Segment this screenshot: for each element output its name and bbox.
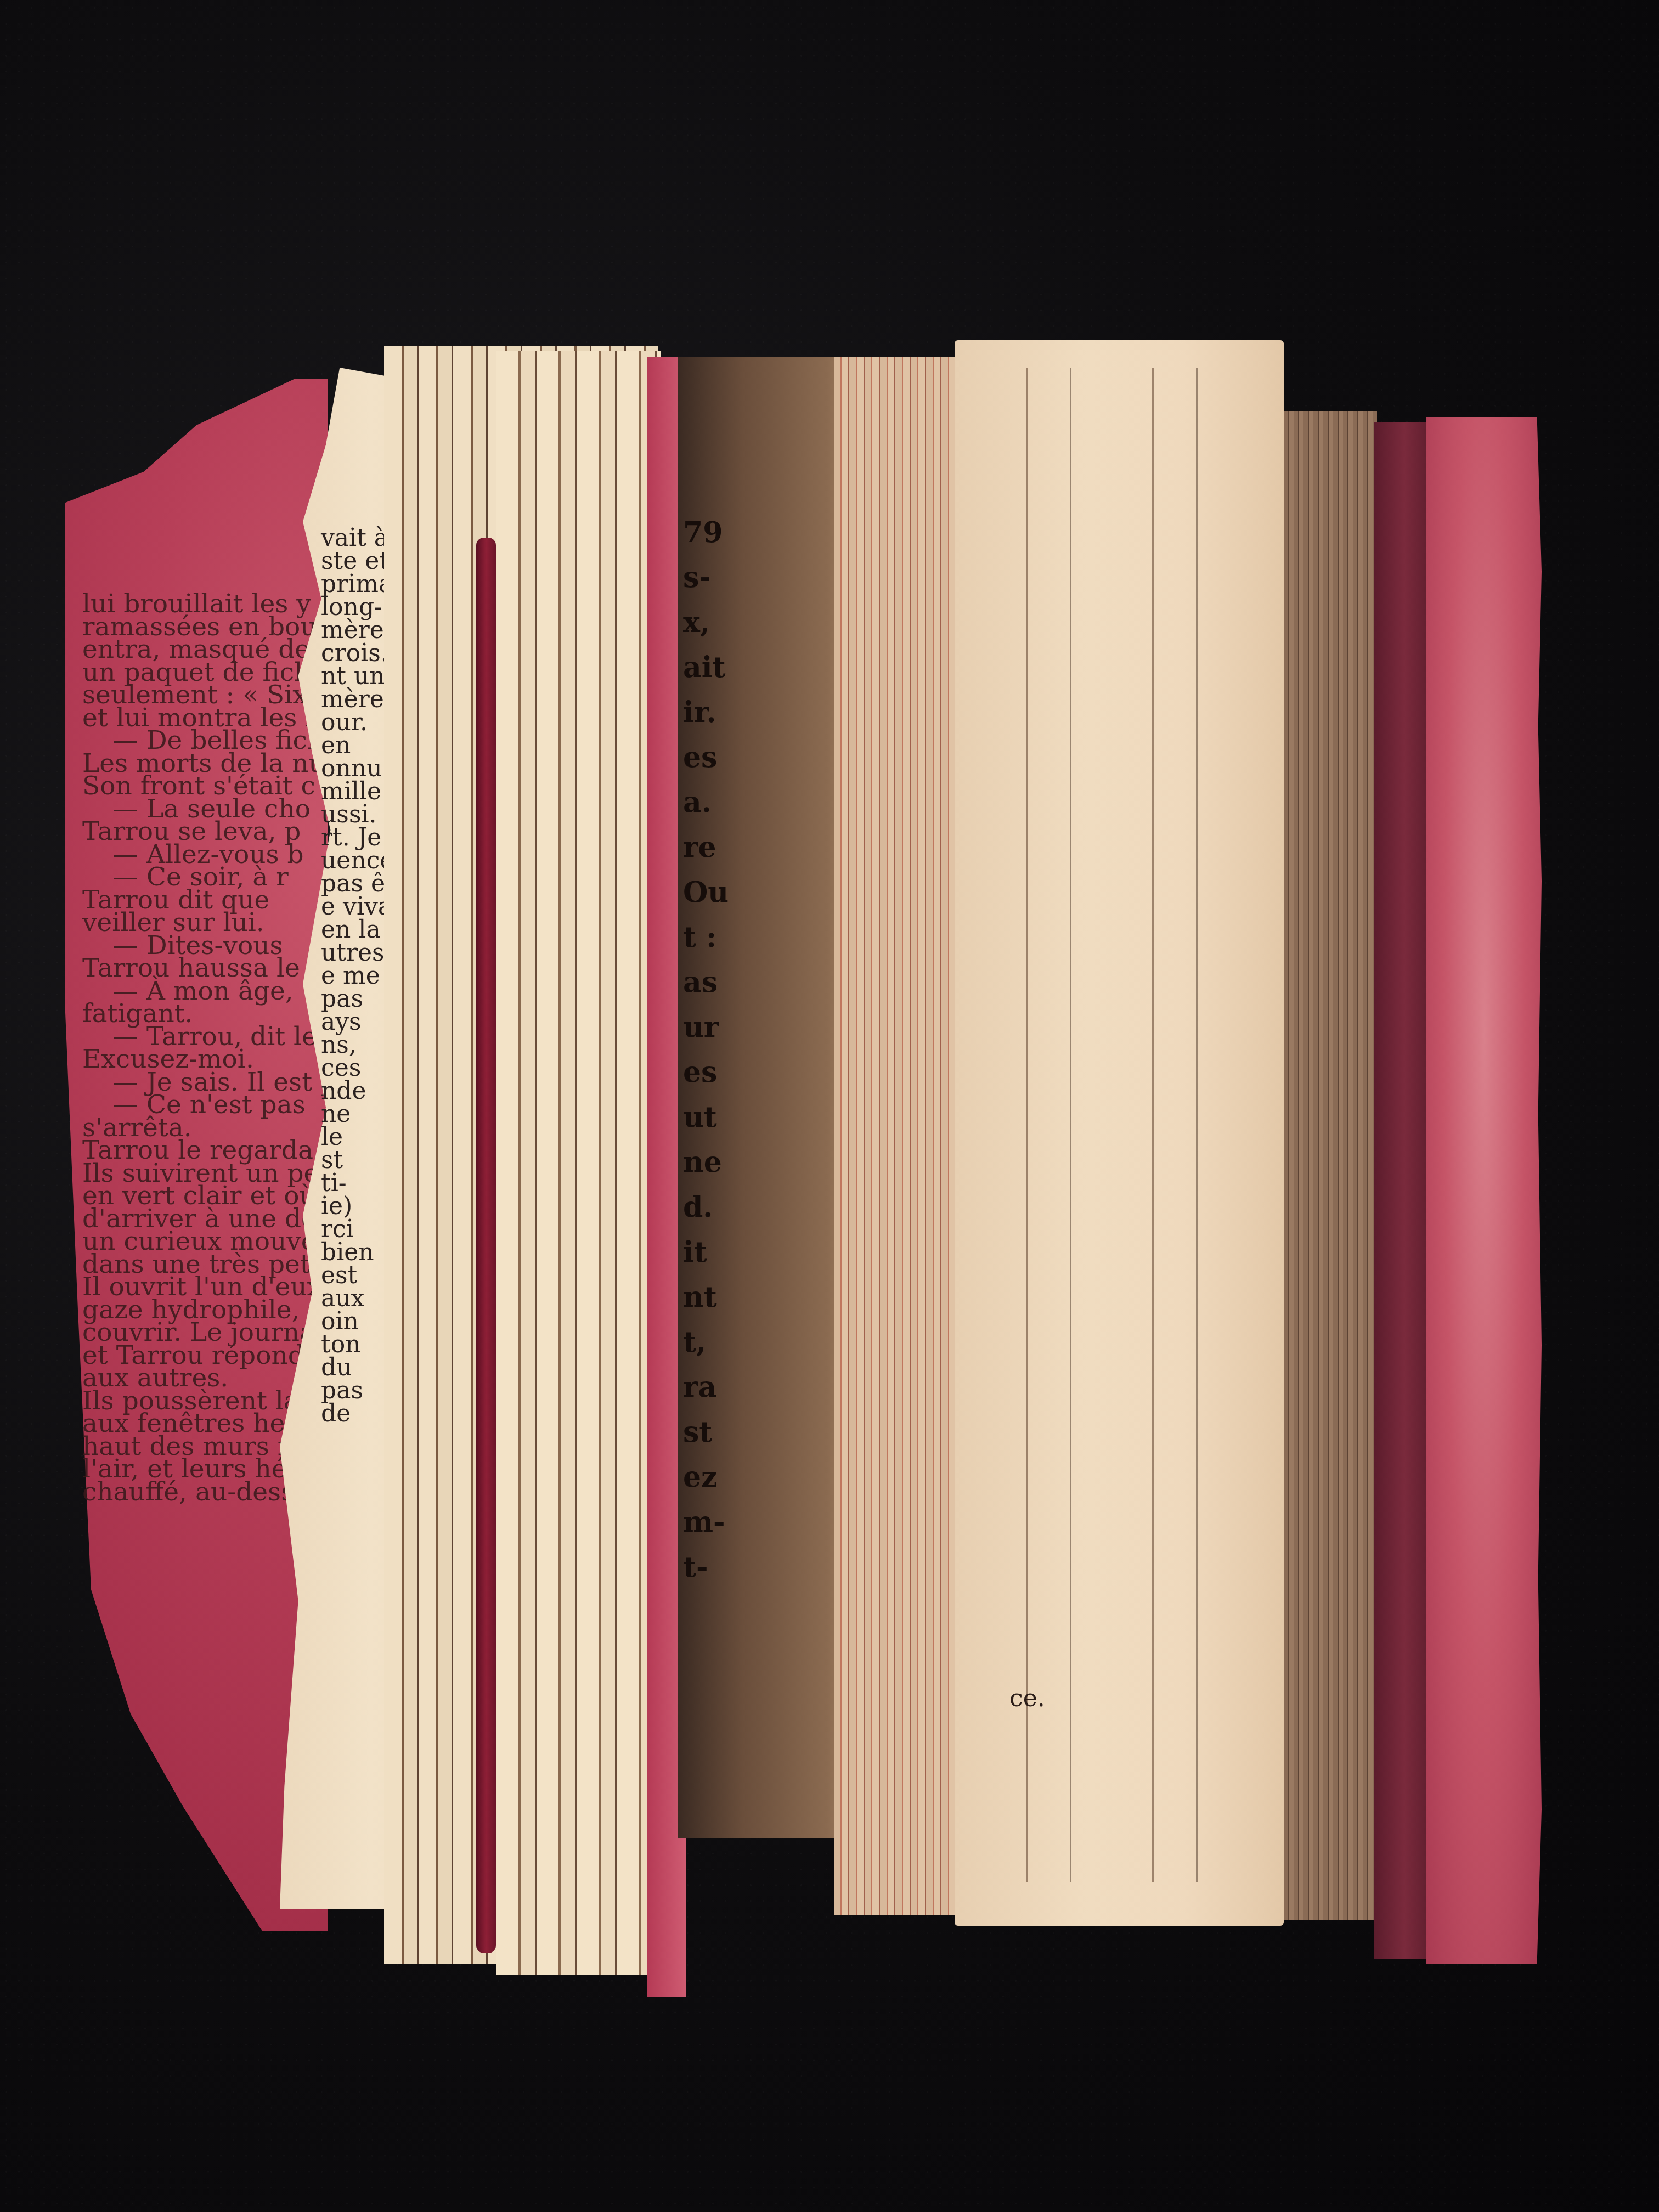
margin-fragment: d. xyxy=(683,1185,729,1230)
margin-fragment: as xyxy=(683,960,729,1005)
margin-fragment: 79 xyxy=(683,510,729,555)
margin-fragment: m- xyxy=(683,1500,729,1545)
red-inner-seam xyxy=(476,538,496,1953)
margin-fragment: nt xyxy=(683,1275,729,1320)
back-red-cover xyxy=(1426,417,1542,1964)
margin-fragment: ut xyxy=(683,1095,729,1140)
right-page-end-text: ce. xyxy=(1009,1684,1045,1712)
margin-fragment: a. xyxy=(683,780,729,825)
margin-fragment: s- xyxy=(683,555,729,600)
right-cracked-page: ce. xyxy=(955,340,1284,1926)
margin-fragment: es xyxy=(683,735,729,780)
right-page-margin-text: 79s-x,aitir.esa.reOut :asuresutned.itntt… xyxy=(683,510,729,1590)
margin-fragment: ir. xyxy=(683,690,729,735)
margin-fragment: t- xyxy=(683,1545,729,1590)
margin-fragment: ez xyxy=(683,1455,729,1500)
margin-fragment: es xyxy=(683,1050,729,1095)
margin-fragment: ait xyxy=(683,645,729,690)
margin-fragment: re xyxy=(683,825,729,870)
torn-crack-pattern xyxy=(988,368,1251,1882)
back-cover-dark-band xyxy=(1374,422,1435,1959)
margin-fragment: t, xyxy=(683,1320,729,1365)
margin-fragment: st xyxy=(683,1410,729,1455)
margin-fragment: ne xyxy=(683,1140,729,1185)
margin-fragment: ur xyxy=(683,1005,729,1050)
margin-fragment: x, xyxy=(683,600,729,645)
margin-fragment: Ou xyxy=(683,870,729,915)
margin-fragment: ra xyxy=(683,1365,729,1410)
torn-page-strips-right xyxy=(496,351,661,1975)
back-page-edges xyxy=(1284,411,1377,1920)
margin-fragment: it xyxy=(683,1230,729,1275)
margin-fragment: t : xyxy=(683,915,729,960)
fanned-page-edges xyxy=(834,357,971,1915)
